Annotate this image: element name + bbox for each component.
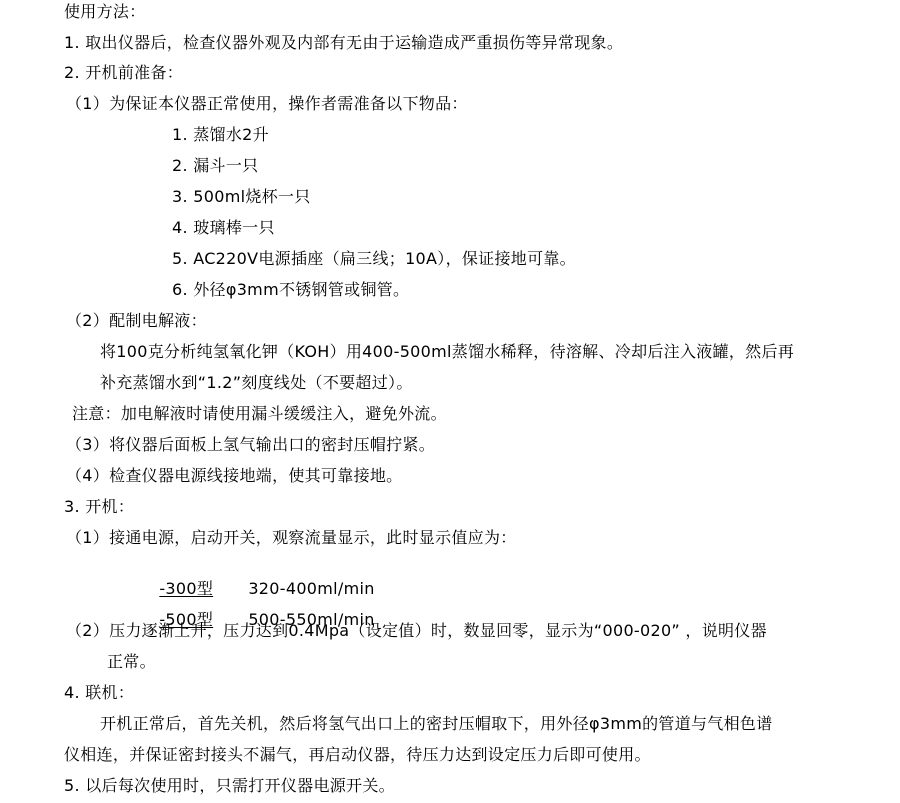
step-2-heading: 2. 开机前准备： [64, 63, 183, 83]
list-item: 5. AC220V电源插座（扁三线；10A），保证接地可靠。 [172, 249, 576, 269]
step-4-paragraph-line-2: 仪相连，并保证密封接头不漏气，再启动仪器，待压力达到设定压力后即可使用。 [64, 745, 651, 765]
list-item: 6. 外径φ3mm不锈钢管或铜管。 [172, 280, 409, 300]
step-2-sub-1-text: （1）为保证本仪器正常使用，操作者需准备以下物品： [66, 94, 468, 114]
note-text: 注意：加电解液时请使用漏斗缓缓注入，避免外流。 [72, 404, 447, 424]
electrolyte-paragraph-line-1: 将100克分析纯氢氧化钾（KOH）用400-500ml蒸馏水稀释，待溶解、冷却后… [100, 342, 794, 362]
list-item: 3. 500ml烧杯一只 [172, 187, 311, 207]
list-item: 1. 蒸馏水2升 [172, 125, 269, 145]
step-2-sub-3-text: （3）将仪器后面板上氢气输出口的密封压帽拧紧。 [66, 435, 435, 455]
step-3-sub-2-line-2: 正常。 [107, 652, 156, 672]
flow-spec-row: -300型320-400ml/min [127, 559, 375, 579]
step-4-paragraph-line-1: 开机正常后，首先关机，然后将氢气出口上的密封压帽取下，用外径φ3mm的管道与气相… [100, 714, 773, 734]
flow-spec-row: -500型500-550ml/min [127, 590, 375, 610]
step-3-heading: 3. 开机： [64, 497, 134, 517]
step-2-sub-4-text: （4）检查仪器电源线接地端，使其可靠接地。 [66, 466, 402, 486]
step-5-text: 5. 以后每次使用时，只需打开仪器电源开关。 [64, 776, 395, 796]
list-item: 4. 玻璃棒一只 [172, 218, 275, 238]
step-3-sub-2-line-1: （2）压力逐渐上升，压力达到0.4Mpa（设定值）时，数显回零，显示为“000-… [66, 621, 767, 641]
step-2-sub-2-heading: （2）配制电解液： [66, 311, 207, 331]
step-1-text: 1. 取出仪器后，检查仪器外观及内部有无由于运输造成严重损伤等异常现象。 [64, 33, 623, 53]
electrolyte-paragraph-line-2: 补充蒸馏水到“1.2”刻度线处（不要超过）。 [100, 373, 413, 393]
step-3-sub-1-text: （1）接通电源，启动开关，观察流量显示，此时显示值应为： [66, 528, 517, 548]
list-item: 2. 漏斗一只 [172, 156, 258, 176]
document-title: 使用方法： [64, 2, 146, 22]
step-4-heading: 4. 联机： [64, 683, 134, 703]
